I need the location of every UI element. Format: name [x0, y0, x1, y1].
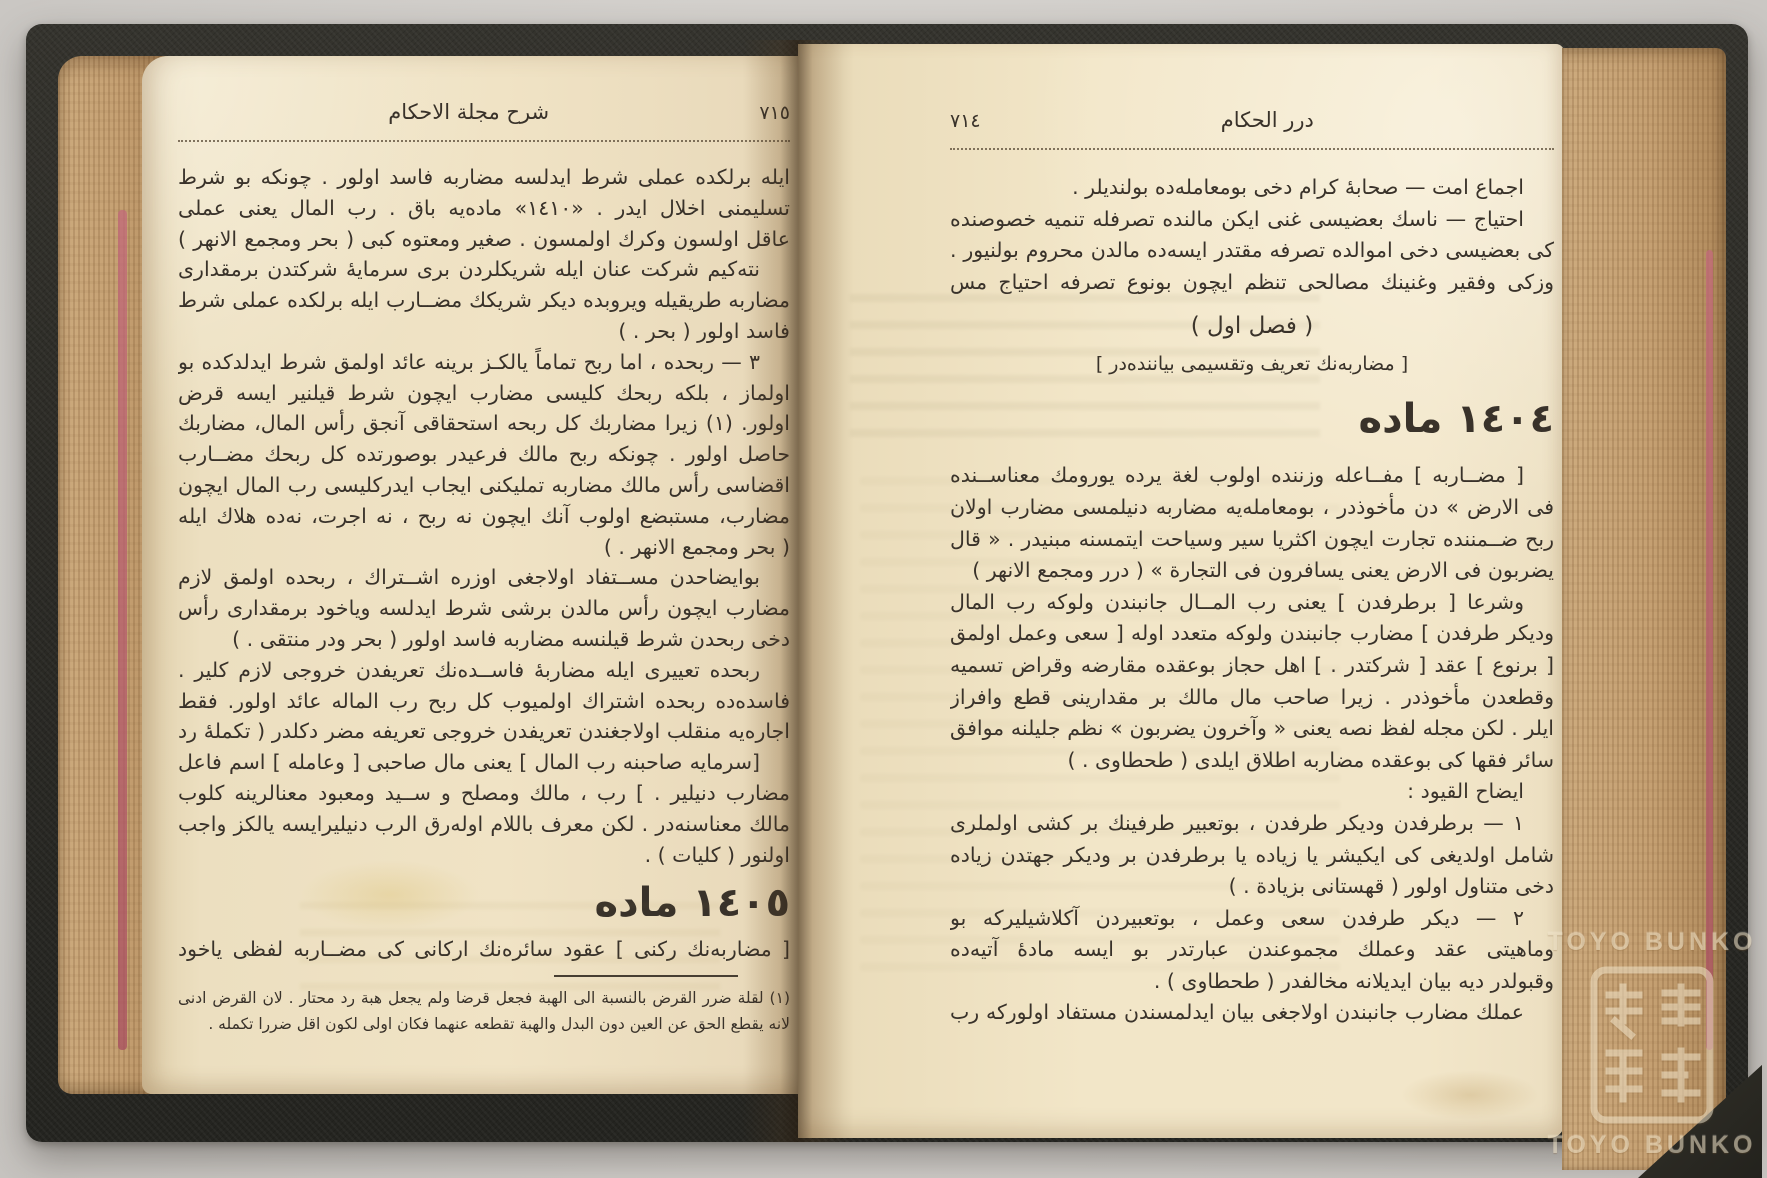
left-page-header: ٧١٥ شرح مجلة الاحكام	[178, 100, 790, 134]
left-post-heading-lines: [ مضاربه‌نك ركنى ] عقود سائره‌نك اركانى …	[178, 934, 790, 965]
book-photograph: ٧١٥ شرح مجلة الاحكام ايله برلكده عملى شر…	[0, 0, 1767, 1178]
header-rule-right	[950, 148, 1554, 150]
text-line: عاقل اولسون وكرك اولمسون . صغير ومعتوه ك…	[178, 224, 790, 255]
text-line: اقضاسى رأس مالك مضاربه تمليكنى ايجاب ايد…	[178, 470, 790, 501]
text-line: ايضاح القيود :	[950, 776, 1554, 808]
text-line: مضارب، مستبضع اولوب آنك ايچون نه ربح ، ن…	[178, 501, 790, 532]
text-line: وقطعدن مأخوذدر . زيرا صاحب مال مالك بر م…	[950, 682, 1554, 714]
endpaper-red-right	[1706, 250, 1713, 1050]
text-line: مضاربه طريقيله ويروبده ديكر شريكك مضــار…	[178, 285, 790, 316]
text-line: فاسدەده ربحده اشتراك اولميوب كل ربح رب ا…	[178, 686, 790, 717]
text-line: نته‌كيم شركت عنان ايله شريكلردن برى سرما…	[178, 254, 790, 285]
text-line: ١ — برطرفدن وديكر طرفدن ، بوتعبير طرفينك…	[950, 808, 1554, 840]
text-line: [ مضــاربه ] مفــاعله وزنندە اولوب لغة ي…	[950, 460, 1554, 492]
text-line: مضارب ايچون رأس مالدن برشى شرط ايدلسه وي…	[178, 593, 790, 624]
text-line: احتياج — ناسك بعضيسى غنى ايكن مالنده تصر…	[950, 204, 1554, 236]
text-line: اولنور ( كليات ) .	[178, 840, 790, 871]
left-header-title: شرح مجلة الاحكام	[388, 100, 549, 124]
text-line: ربح ضــمننده تجارت ايچون اكثريا سير وسيا…	[950, 524, 1554, 556]
text-line: مالك معناسنەدر . لكن معرف باللام اولەرق …	[178, 809, 790, 840]
text-line: دخى متناول اولور ( قهستانى بزيادة . )	[950, 871, 1554, 903]
text-line: دخى ربحدن شرط قيلنسه مضاربه فاسد اولور (…	[178, 624, 790, 655]
text-line: اولور. (١) زيرا مضاربك كل ربحه استحقاقى …	[178, 408, 790, 439]
endpaper-red-left	[118, 210, 127, 1050]
footnote-rule	[554, 975, 738, 977]
left-page: ٧١٥ شرح مجلة الاحكام ايله برلكده عملى شر…	[142, 56, 798, 1094]
text-line: ايله برلكده عملى شرط ايدلسه مضاربه فاسد …	[178, 162, 790, 193]
right-header-title: درر الحكام	[1221, 108, 1314, 132]
text-line: اولماز ، بلكه ربحك كليسى مضارب ايچون شرط…	[178, 378, 790, 409]
right-page-header: درر الحكام ٧١٤	[950, 108, 1554, 142]
text-line: كى بعضيسى دخى اموالده تصرفه مقتدر ايسه‌د…	[950, 235, 1554, 267]
text-line: شامل اولديغى كى ايكيشر يا زياده يا برطرف…	[950, 840, 1554, 872]
right-intro-lines: اجماع امت — صحابهٔ كرام دخى بومعاملەده ب…	[950, 172, 1554, 298]
text-line: اجاره‌يه منقلب اولاجغندن تعريفدن خروجى ت…	[178, 716, 790, 747]
text-line: تسليمنى اخلال ايدر . «١٤١٠» ماده‌يه باق …	[178, 193, 790, 224]
text-line: [ مضاربه‌نك ركنى ] عقود سائره‌نك اركانى …	[178, 934, 790, 965]
text-line: وشرعا [ برطرفدن ] يعنى رب المــال جانبند…	[950, 587, 1554, 619]
text-line: حاصل اولور . چونكه ربح مالك فرعيدر بوصور…	[178, 439, 790, 470]
text-line: عملك مضارب جانبندن اولاجغى بيان ايدلمسند…	[950, 997, 1554, 1029]
right-page: درر الحكام ٧١٤ اجماع امت — صحابهٔ كرام د…	[798, 44, 1564, 1138]
text-line: وزكى وفقير وغنينك مصالحى تنظم ايچون بونو…	[950, 267, 1554, 299]
text-line: سائر فقها كى بوعقده مضاربه اطلاق ايلدى (…	[950, 745, 1554, 777]
left-page-number: ٧١٥	[759, 102, 790, 124]
header-rule-left	[178, 140, 790, 142]
text-line: فى الارض » دن مأخوذدر ، بومعاملەيه مضارب…	[950, 492, 1554, 524]
text-line: وماهيتى عقد وعملك مجموعندن عبارتدر بو اي…	[950, 934, 1554, 966]
footnote-line: (١) لقلة ضرر القرض بالنسبة الى الهبة فجع…	[178, 985, 790, 1011]
text-line: ايلر . لكن مجله لفظ نصه يعنى « وآخرون يض…	[950, 713, 1554, 745]
text-line: وقبولدر ديه بيان ايديلانه مخالفدر ( طحطا…	[950, 966, 1554, 998]
left-body-lines: ايله برلكده عملى شرط ايدلسه مضاربه فاسد …	[178, 162, 790, 870]
text-line: [سرمايه صاحبنه رب المال ] يعنى مال صاحبى…	[178, 747, 790, 778]
madde-heading-1405: ١٤٠٥ ماده	[178, 874, 790, 932]
text-line: ٢ — ديكر طرفدن سعى وعمل ، بوتعبيردن آكلا…	[950, 903, 1554, 935]
section-heading-fasl-evvel: ( فصل اول )	[950, 310, 1554, 342]
right-page-column: درر الحكام ٧١٤ اجماع امت — صحابهٔ كرام د…	[950, 108, 1554, 1029]
text-line: ٣ — ربحده ، اما ربح تماماً يالكـز برينه …	[178, 347, 790, 378]
text-line: يضربون فى الارض يعنى يسافرون فى التجارة …	[950, 555, 1554, 587]
madde-heading-1404: ١٤٠٤ ماده	[950, 390, 1554, 448]
text-line: ربحده تعييرى ايله مضاربهٔ فاســدەنك تعري…	[178, 655, 790, 686]
right-body-lines: [ مضــاربه ] مفــاعله وزنندە اولوب لغة ي…	[950, 460, 1554, 1029]
text-line: فاسد اولور ( بحر . )	[178, 316, 790, 347]
footnote-line: لانه يقطع الحق عن العين دون البدل والهبة…	[178, 1011, 790, 1037]
page-edge-stack-right	[1562, 48, 1726, 1170]
text-line: مضارب دنيلير . ] رب ، مالك ومصلح و ســيد…	[178, 778, 790, 809]
footnote-lines: (١) لقلة ضرر القرض بالنسبة الى الهبة فجع…	[178, 985, 790, 1037]
text-line: اجماع امت — صحابهٔ كرام دخى بومعاملەده ب…	[950, 172, 1554, 204]
text-line: بوايضاحدن مســتفاد اولاجغى اوزره اشــترا…	[178, 562, 790, 593]
text-line: وديكر طرفدن ] مضارب جانبندن ولوكه متعدد …	[950, 618, 1554, 650]
left-page-column: ٧١٥ شرح مجلة الاحكام ايله برلكده عملى شر…	[178, 100, 790, 1037]
right-page-number: ٧١٤	[950, 110, 981, 132]
text-line: ( بحر ومجمع الانهر . )	[178, 532, 790, 563]
section-subheading: [ مضاربه‌نك تعريف وتقسيمى بيانندەدر ]	[950, 350, 1554, 378]
text-line: [ برنوع ] عقد [ شركتدر . ] اهل حجاز بوعق…	[950, 650, 1554, 682]
